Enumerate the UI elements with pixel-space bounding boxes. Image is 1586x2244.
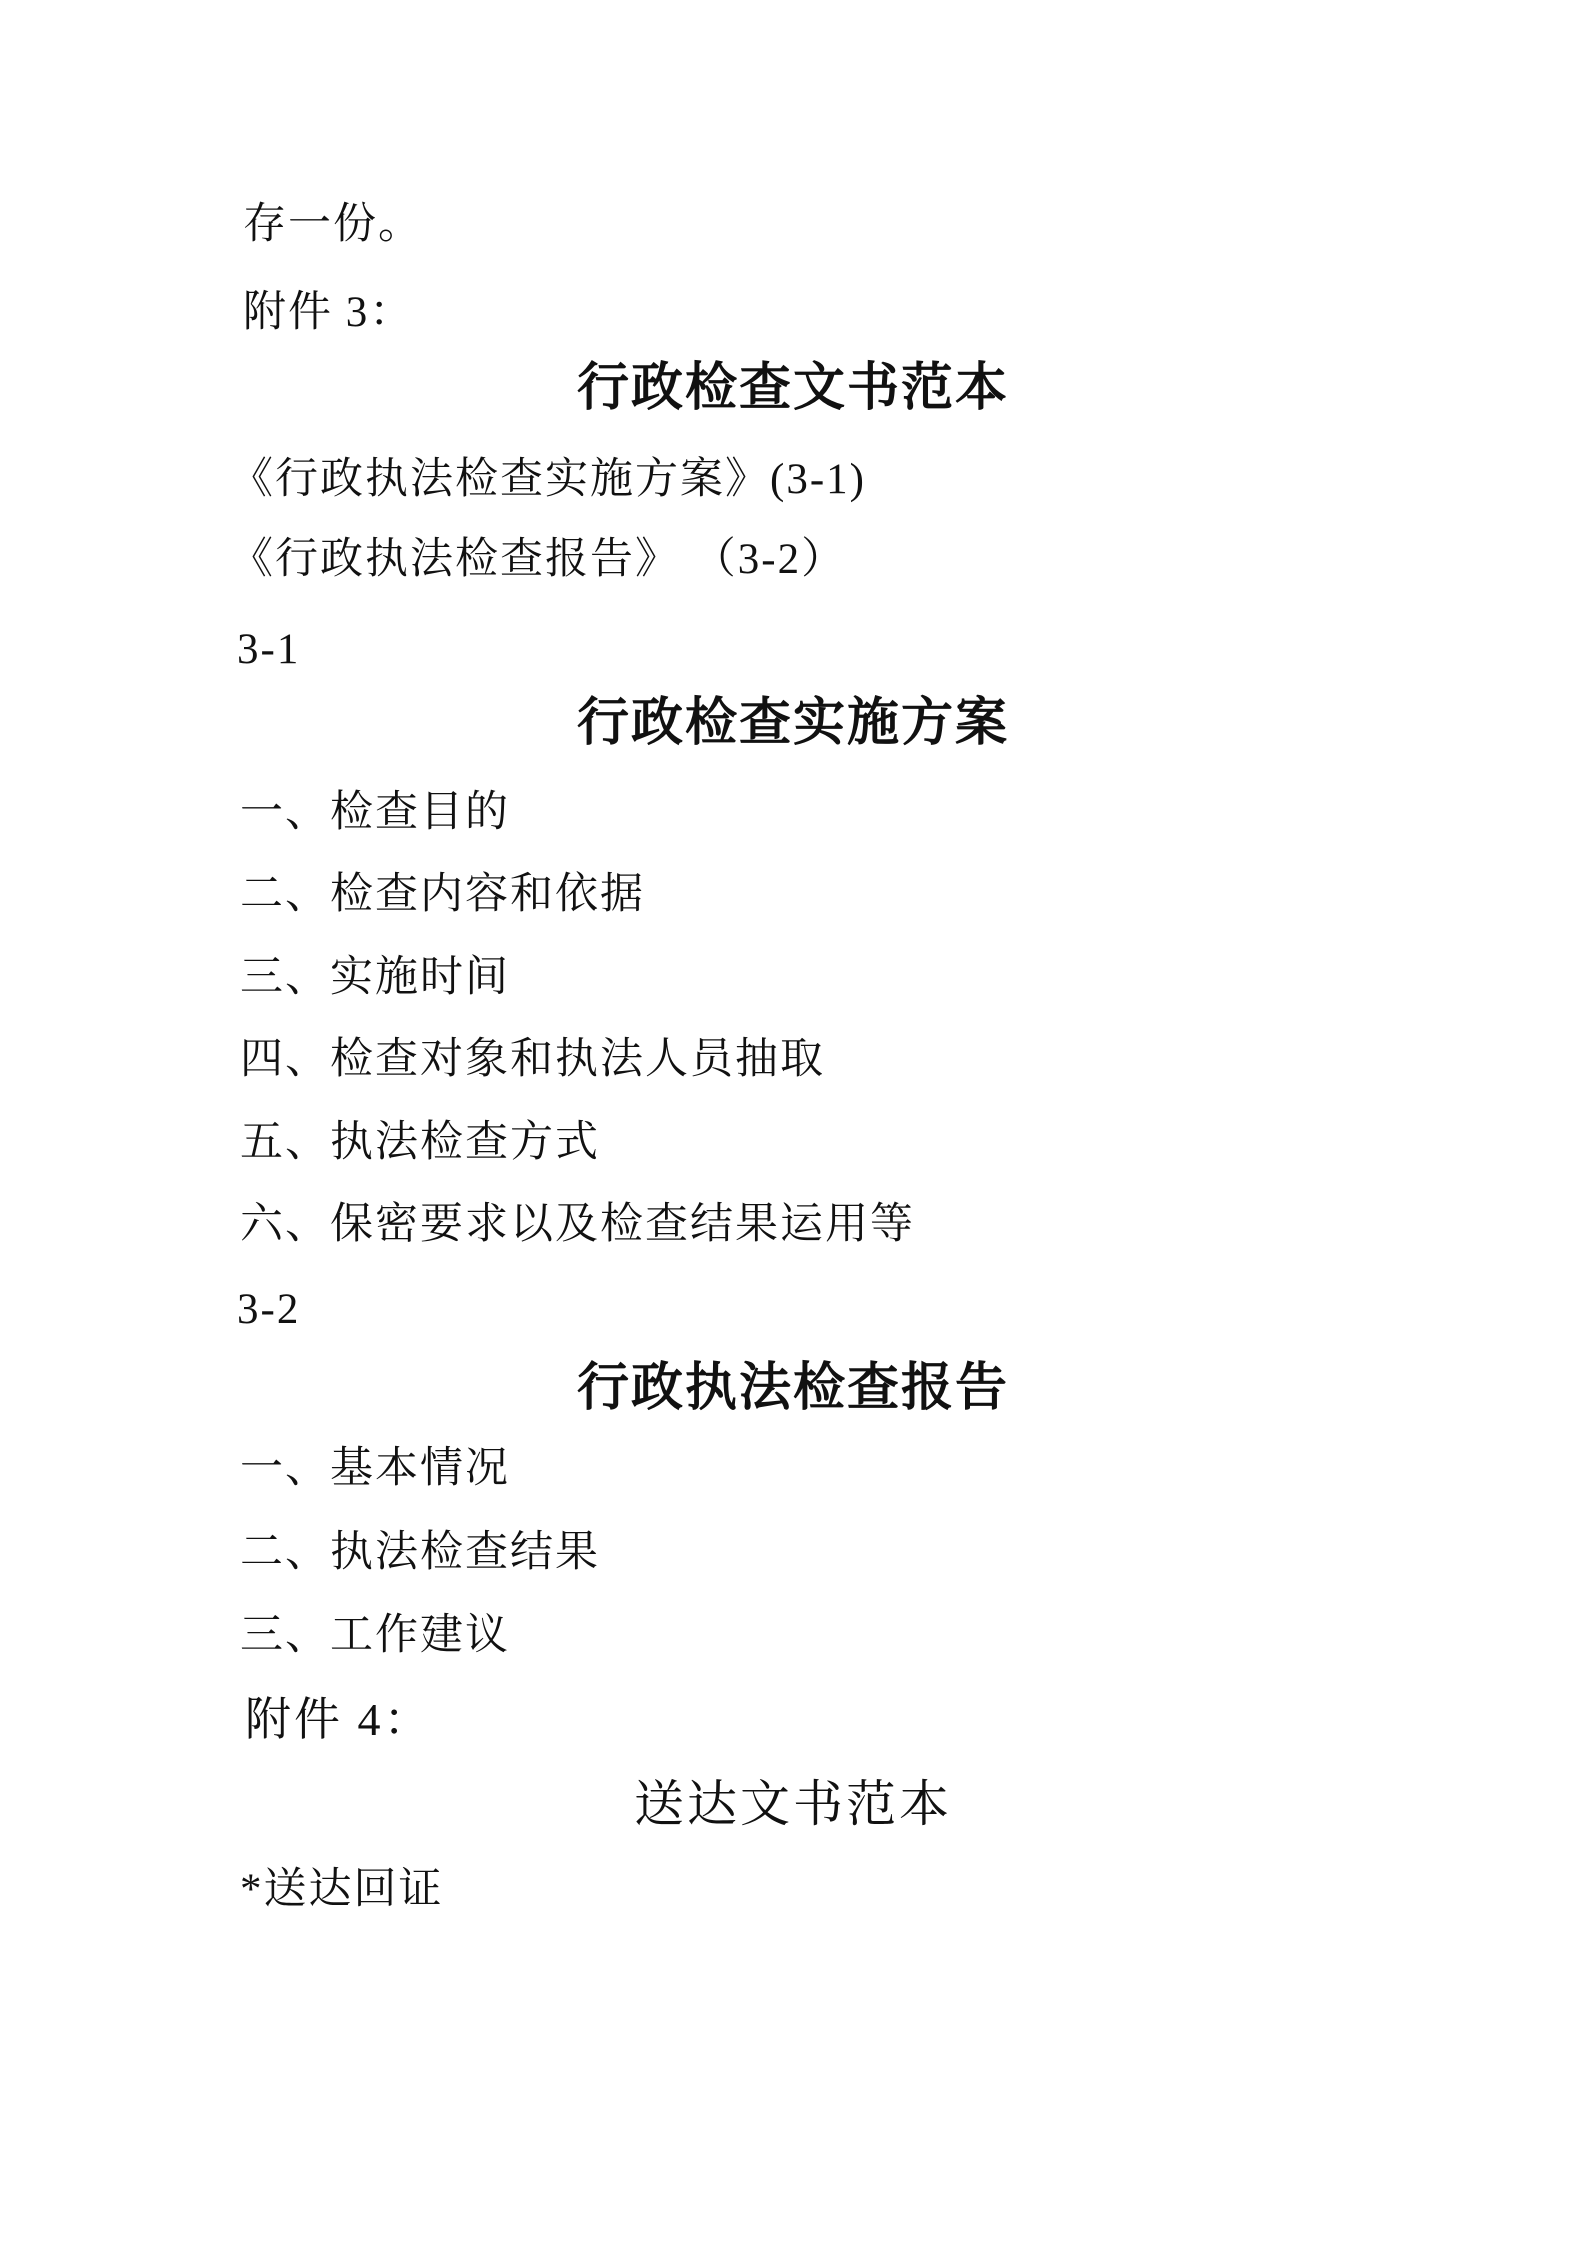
list-item: 二、执法检查结果 (240, 1531, 600, 1574)
form-number-label: 3-1 (237, 628, 300, 671)
section-heading: 送达文书范本 (0, 1779, 1586, 1829)
document-page: 存一份。 附件 3： 行政检查文书范本 《行政执法检查实施方案》(3-1) 《行… (0, 0, 1586, 2244)
attachment-label: 附件 3： (243, 291, 414, 334)
attachment-label: 附件 4： (245, 1697, 433, 1743)
body-line: *送达回证 (240, 1868, 444, 1911)
body-line: 《行政执法检查实施方案》(3-1) (230, 458, 866, 501)
list-item: 六、保密要求以及检查结果运用等 (240, 1203, 915, 1246)
list-item: 四、检查对象和执法人员抽取 (240, 1038, 825, 1081)
section-heading: 行政检查文书范本 (0, 363, 1586, 415)
section-heading: 行政执法检查报告 (0, 1363, 1586, 1415)
list-item: 五、执法检查方式 (240, 1121, 600, 1164)
form-number-label: 3-2 (237, 1288, 300, 1331)
list-item: 一、基本情况 (240, 1447, 510, 1490)
list-item: 一、检查目的 (240, 791, 510, 834)
section-heading: 行政检查实施方案 (0, 698, 1586, 750)
list-item: 三、实施时间 (240, 956, 510, 999)
body-line: 存一份。 (243, 203, 423, 246)
body-line: 《行政执法检查报告》 （3-2） (230, 538, 846, 581)
list-item: 三、工作建议 (240, 1614, 510, 1657)
list-item: 二、检查内容和依据 (240, 873, 645, 916)
